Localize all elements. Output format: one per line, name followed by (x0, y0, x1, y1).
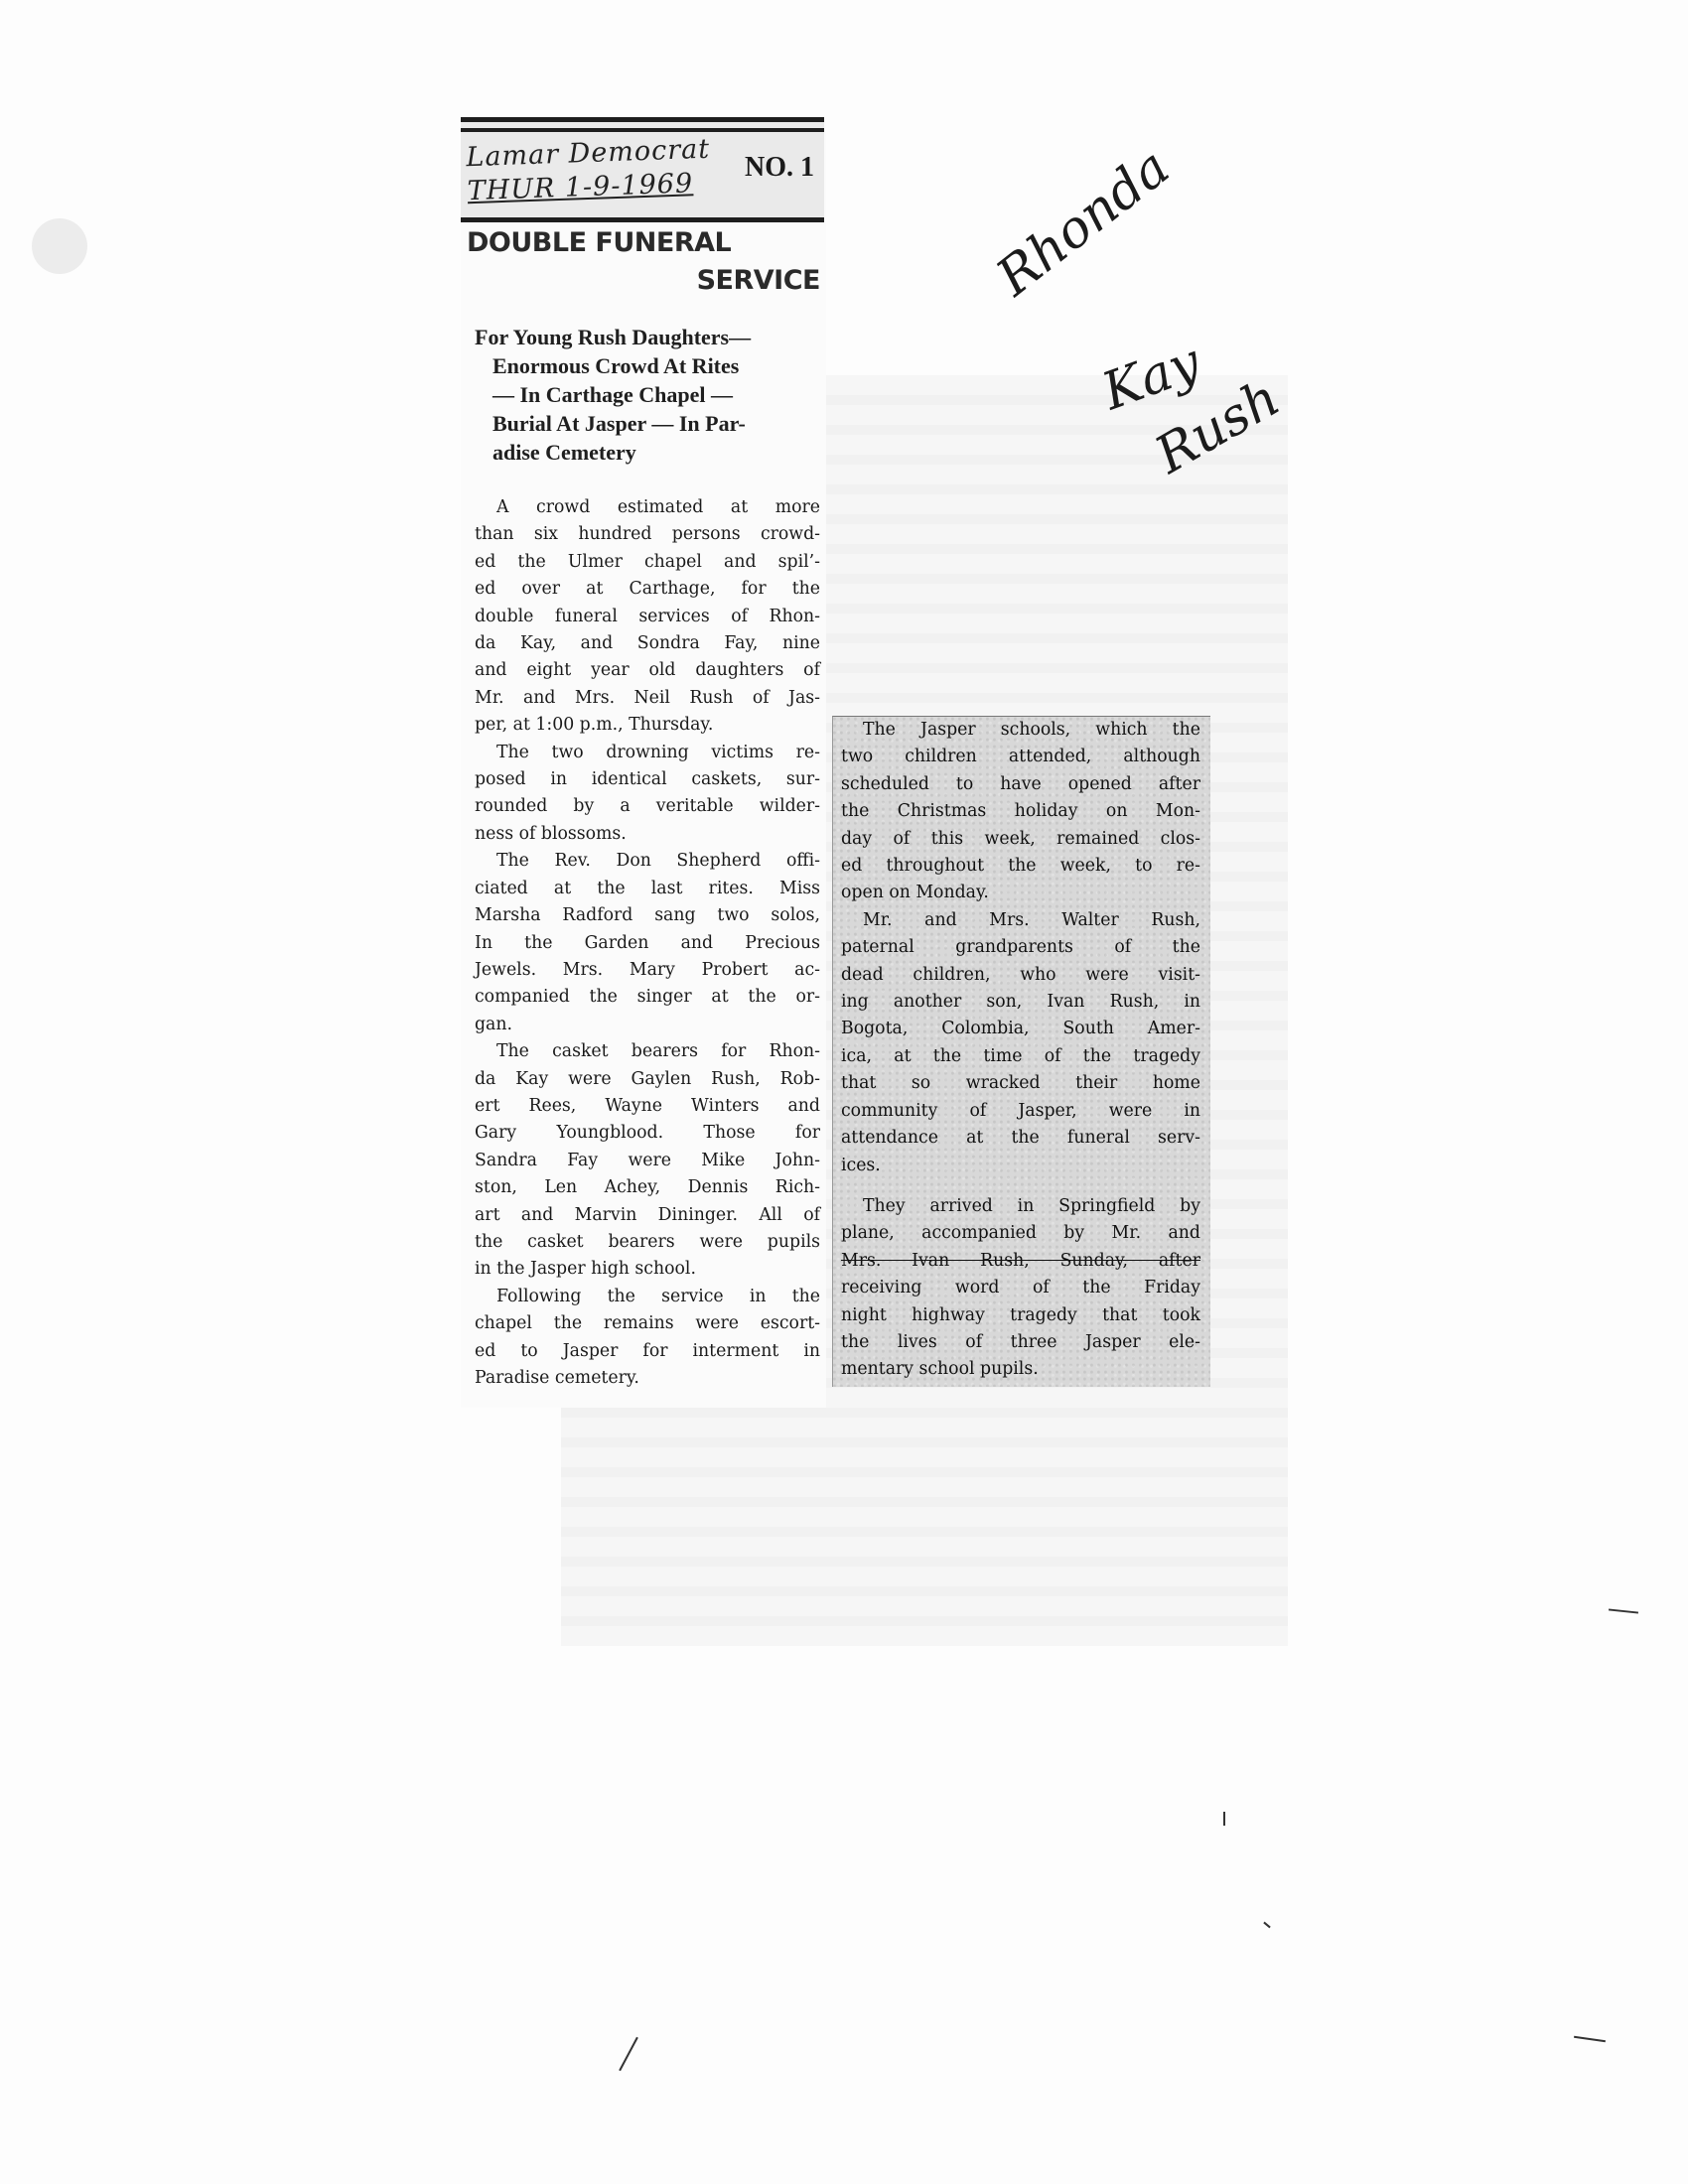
subheadline: For Young Rush Daughters— Enormous Crowd… (475, 323, 818, 467)
article-line: Mrs. Ivan Rush, Sunday, after (841, 1248, 1200, 1275)
article-line: mentary school pupils. (841, 1356, 1200, 1383)
article-line: ed throughout the week, to re- (841, 853, 1200, 880)
article-line: Gary Youngblood. Those for (475, 1120, 820, 1147)
article-line: ness of blossoms. (475, 821, 820, 848)
subheadline-line: Burial At Jasper — In Par- (475, 409, 818, 438)
handwritten-source-note: Lamar Democrat THUR 1-9-1969 (466, 131, 766, 208)
issue-label: NO. 1 (745, 152, 814, 184)
subheadline-line: Enormous Crowd At Rites (475, 351, 818, 380)
article-line: Marsha Radford sang two solos, (475, 902, 820, 929)
article-line: companied the singer at the or- (475, 984, 820, 1011)
article-line: the casket bearers were pupils (475, 1229, 820, 1256)
article-line: art and Marvin Dininger. All of (475, 1202, 820, 1229)
article-line: open on Monday. (841, 880, 1200, 906)
article-line: plane, accompanied by Mr. and (841, 1220, 1200, 1247)
article-line: per, at 1:00 p.m., Thursday. (475, 712, 820, 739)
headline: DOUBLE FUNERAL SERVICE (467, 224, 820, 300)
article-line: In the Garden and Precious (475, 930, 820, 957)
subheadline-line: adise Cemetery (475, 438, 818, 467)
subheadline-line: For Young Rush Daughters— (475, 323, 818, 351)
article-line: the lives of three Jasper ele- (841, 1329, 1200, 1356)
article-line: ed over at Carthage, for the (475, 576, 820, 603)
masthead-box: Lamar Democrat THUR 1-9-1969 NO. 1 (461, 117, 824, 222)
article-line: A crowd estimated at more (475, 494, 820, 521)
hole-punch-mark (32, 218, 87, 274)
article-line: ed to Jasper for interment in (475, 1338, 820, 1365)
headline-line-1: DOUBLE FUNERAL (467, 224, 820, 262)
article-line: chapel the remains were escort- (475, 1310, 820, 1337)
article-line: community of Jasper, were in (841, 1098, 1200, 1125)
article-line: scheduled to have opened after (841, 771, 1200, 798)
article-line: ica, at the time of the tragedy (841, 1043, 1200, 1070)
article-line: Sandra Fay were Mike John- (475, 1148, 820, 1174)
article-line: Following the service in the (475, 1284, 820, 1310)
article-line: ert Rees, Wayne Winters and (475, 1093, 820, 1120)
handwritten-name-annotation: Rhonda Kay Rush (1023, 199, 1321, 457)
article-line: day of this week, remained clos- (841, 826, 1200, 853)
article-line: ciated at the last rites. Miss (475, 876, 820, 902)
article-line: that so wracked their home (841, 1070, 1200, 1097)
article-body-right: The Jasper schools, which thetwo childre… (841, 717, 1200, 1384)
scan-artifact (1609, 1608, 1638, 1613)
article-line: ices. (841, 1153, 1200, 1179)
paragraph-gap (841, 1179, 1200, 1193)
article-line: than six hundred persons crowd- (475, 521, 820, 548)
article-line: posed in identical caskets, sur- (475, 766, 820, 793)
subheadline-line: — In Carthage Chapel — (475, 380, 818, 409)
article-line: Mr. and Mrs. Neil Rush of Jas- (475, 685, 820, 712)
article-line: da Kay, and Sondra Fay, nine (475, 630, 820, 657)
article-line: in the Jasper high school. (475, 1256, 820, 1283)
scan-artifact (619, 2037, 638, 2071)
article-line: The Jasper schools, which the (841, 717, 1200, 744)
article-line: They arrived in Springfield by (841, 1193, 1200, 1220)
article-line: Bogota, Colombia, South Amer- (841, 1016, 1200, 1042)
article-line: ed the Ulmer chapel and spil’- (475, 549, 820, 576)
article-line: The casket bearers for Rhon- (475, 1038, 820, 1065)
handwritten-name-first: Rhonda (986, 138, 1181, 308)
article-line: double funeral services of Rhon- (475, 604, 820, 630)
scan-artifact (1223, 1812, 1225, 1826)
article-line: Jewels. Mrs. Mary Probert ac- (475, 957, 820, 984)
article-line: da Kay were Gaylen Rush, Rob- (475, 1066, 820, 1093)
article-line: and eight year old daughters of (475, 657, 820, 684)
article-line: Mr. and Mrs. Walter Rush, (841, 907, 1200, 934)
article-line: gan. (475, 1012, 820, 1038)
scan-artifact (1574, 2036, 1606, 2042)
article-line: attendance at the funeral serv- (841, 1125, 1200, 1152)
article-line: two children attended, although (841, 744, 1200, 770)
article-line: dead children, who were visit- (841, 962, 1200, 989)
article-line: receiving word of the Friday (841, 1275, 1200, 1301)
article-line: night highway tragedy that took (841, 1302, 1200, 1329)
scan-artifact (1263, 1922, 1270, 1929)
article-line: rounded by a veritable wilder- (475, 793, 820, 820)
clipping-right-column: The Jasper schools, which thetwo childre… (832, 716, 1210, 1387)
article-body-left: A crowd estimated at morethan six hundre… (475, 494, 820, 1392)
article-line: paternal grandparents of the (841, 934, 1200, 961)
article-line: ing another son, Ivan Rush, in (841, 989, 1200, 1016)
article-line: Paradise cemetery. (475, 1365, 820, 1392)
headline-line-2: SERVICE (467, 262, 820, 300)
article-line: ston, Len Achey, Dennis Rich- (475, 1174, 820, 1201)
article-line: the Christmas holiday on Mon- (841, 798, 1200, 825)
clipping-left-column: Lamar Democrat THUR 1-9-1969 NO. 1 DOUBL… (461, 117, 826, 1408)
article-line: The Rev. Don Shepherd offi- (475, 848, 820, 875)
article-line: The two drowning victims re- (475, 740, 820, 766)
